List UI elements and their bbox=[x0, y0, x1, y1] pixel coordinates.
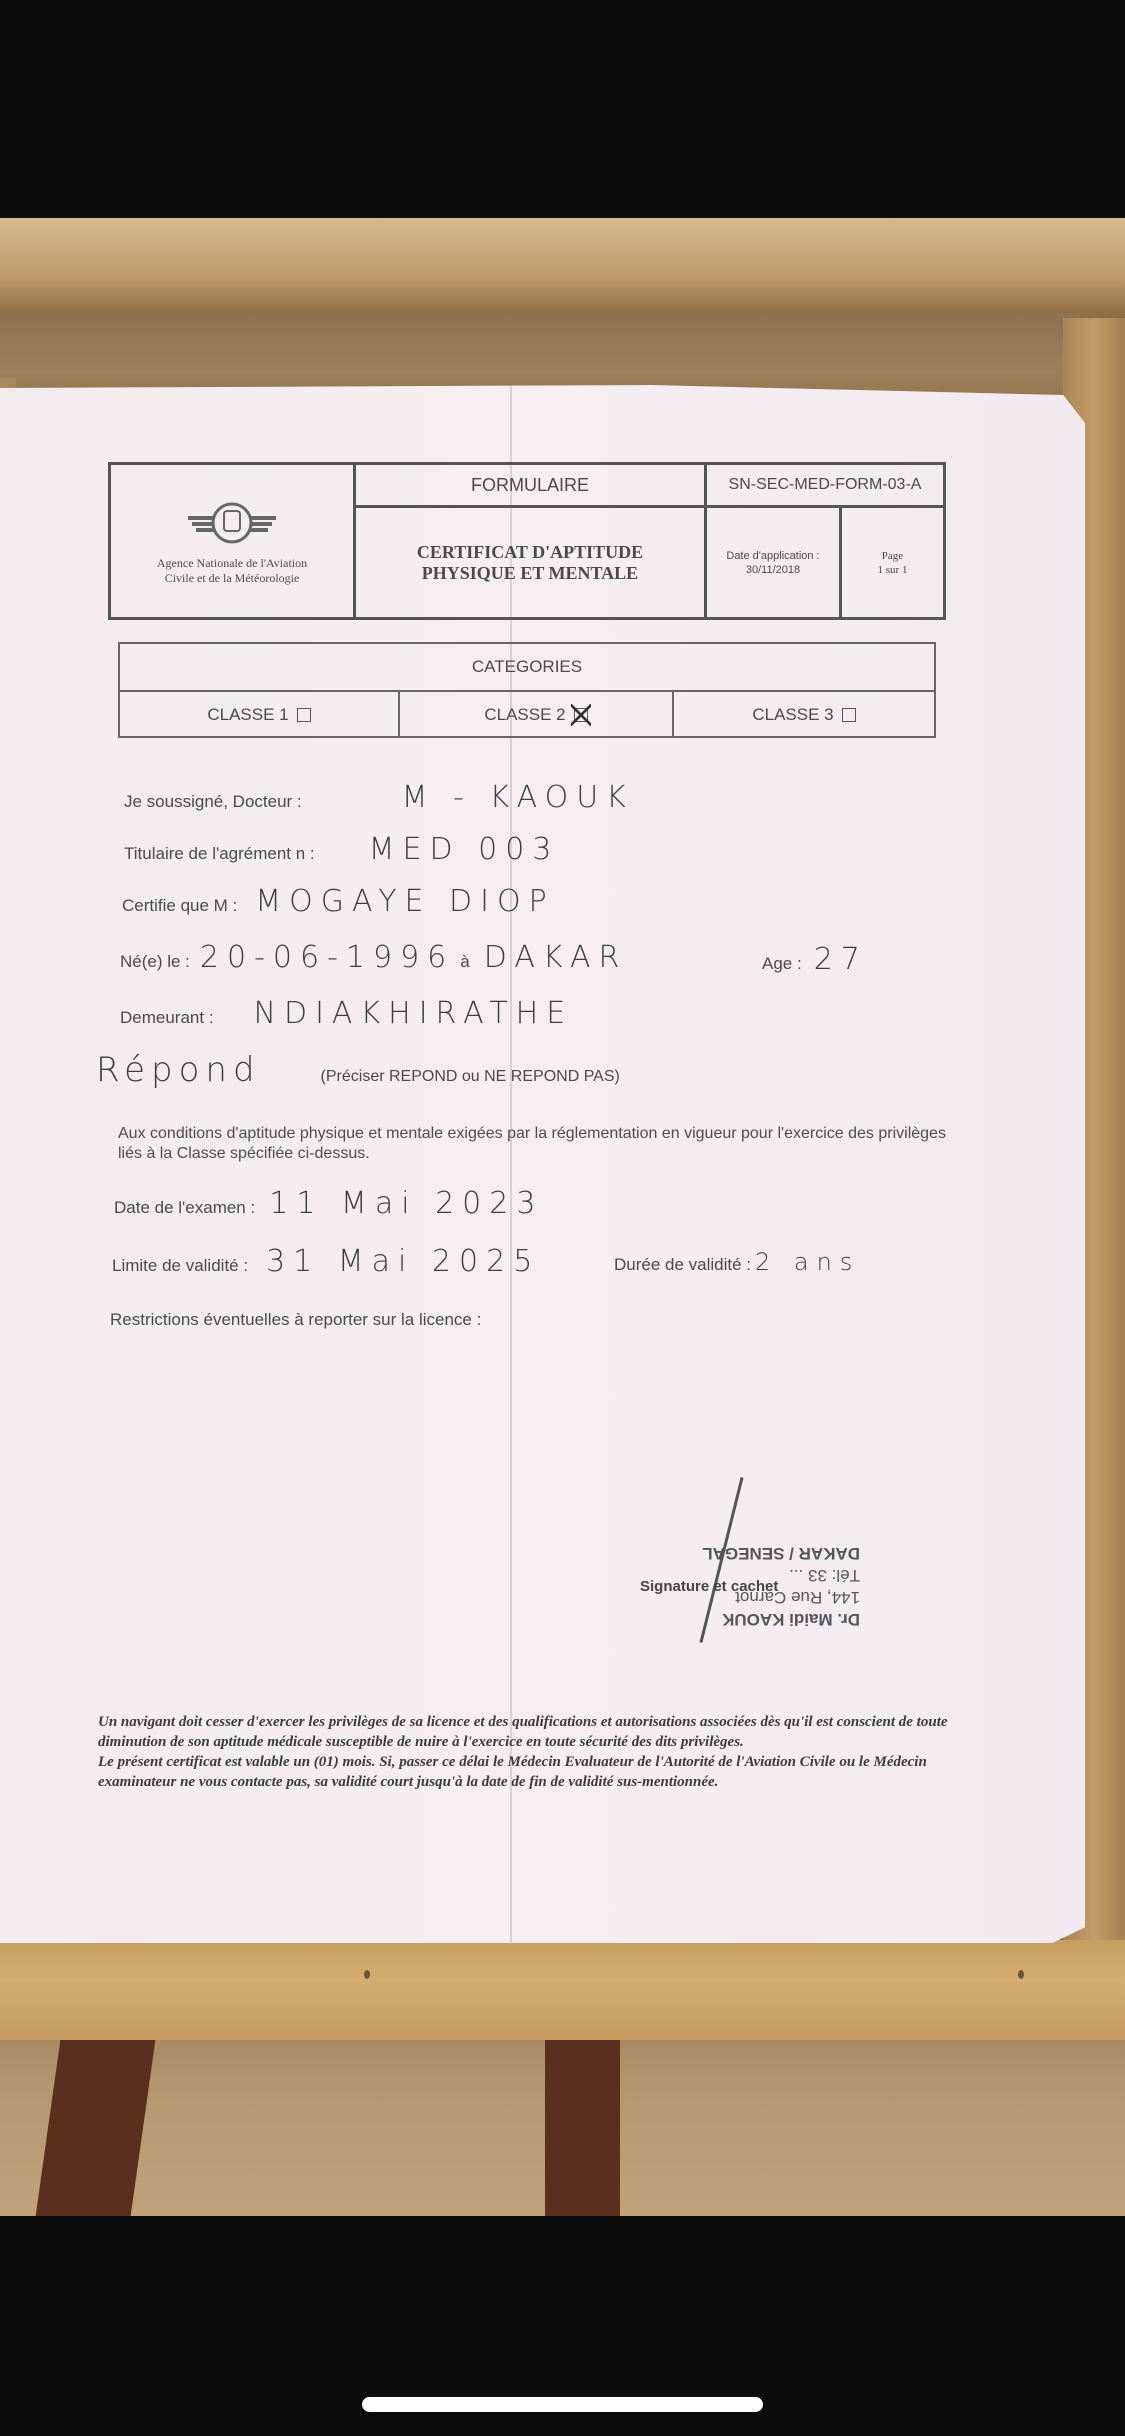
checkbox-checked-icon bbox=[574, 708, 588, 722]
validity-limit-field: Limite de validité : 31 Mai 2025 bbox=[112, 1244, 540, 1279]
footer-notice: Un navigant doit cesser d'exercer les pr… bbox=[98, 1712, 958, 1792]
exam-date-field: Date de l'examen : 11 Mai 2023 bbox=[114, 1186, 543, 1221]
repond-field: Répond (Préciser REPOND ou NE REPOND PAS… bbox=[96, 1050, 620, 1090]
class-2-option: CLASSE 2 bbox=[400, 692, 674, 738]
checkbox-empty-icon bbox=[842, 708, 856, 722]
doctor-field: Je soussigné, Docteur : M - KAOUK bbox=[124, 780, 634, 815]
doctor-value: M - KAOUK bbox=[402, 780, 634, 815]
wooden-board-bottom bbox=[0, 1940, 1125, 2040]
agrement-field: Titulaire de l'agrément n : MED 003 bbox=[124, 832, 559, 867]
restrictions-field: Restrictions éventuelles à reporter sur … bbox=[110, 1310, 481, 1330]
birth-field: Né(e) le : 20-06-1996 à DAKAR bbox=[120, 940, 627, 975]
form-header-table: Agence Nationale de l'Aviation Civile et… bbox=[108, 462, 946, 620]
birth-date-value: 20-06-1996 bbox=[200, 940, 454, 975]
checkbox-empty-icon bbox=[297, 708, 311, 722]
date-application: Date d'application : 30/11/2018 bbox=[707, 508, 842, 617]
doctor-stamp: Dr. Maidi KAOUK 144, Rue Carnot Tél: 33 … bbox=[600, 1470, 860, 1630]
page-number: Page 1 sur 1 bbox=[842, 508, 943, 617]
conditions-text: Aux conditions d'aptitude physique et me… bbox=[118, 1124, 948, 1164]
form-title-cell: FORMULAIRE CERTIFICAT D'APTITUDE PHYSIQU… bbox=[356, 465, 707, 617]
wall-background bbox=[0, 218, 1125, 318]
repond-value: Répond bbox=[96, 1050, 261, 1090]
categories-table: CATEGORIES CLASSE 1 CLASSE 2 CLASSE 3 bbox=[118, 642, 936, 738]
signature-label: Signature et cachet bbox=[640, 1578, 778, 1595]
form-meta-cell: SN-SEC-MED-FORM-03-A Date d'application … bbox=[707, 465, 943, 617]
home-indicator[interactable] bbox=[362, 2397, 763, 2412]
class-3-option: CLASSE 3 bbox=[674, 692, 934, 738]
footer-paragraph-2: Le présent certificat est valable un (01… bbox=[98, 1752, 958, 1792]
validity-limit-value: 31 Mai 2025 bbox=[266, 1244, 540, 1279]
certifie-field: Certifie que M : MOGAYE DIOP bbox=[122, 884, 555, 919]
aviation-wings-emblem-icon bbox=[184, 496, 280, 550]
class-1-option: CLASSE 1 bbox=[120, 692, 400, 738]
form-type-label: FORMULAIRE bbox=[356, 465, 704, 508]
footer-paragraph-1: Un navigant doit cesser d'exercer les pr… bbox=[98, 1712, 958, 1752]
validity-duration-value: 2 ans bbox=[755, 1248, 860, 1276]
age-value: 27 bbox=[814, 942, 868, 977]
certifie-value: MOGAYE DIOP bbox=[255, 884, 554, 919]
exam-date-value: 11 Mai 2023 bbox=[269, 1186, 543, 1221]
demeurant-field: Demeurant : NDIAKHIRATHE bbox=[120, 996, 573, 1031]
nail-icon bbox=[364, 1970, 370, 1979]
organization-cell: Agence Nationale de l'Aviation Civile et… bbox=[111, 465, 356, 617]
birth-place-value: DAKAR bbox=[484, 940, 628, 975]
age-field: Age : 27 bbox=[762, 942, 868, 977]
organization-name: Agence Nationale de l'Aviation Civile et… bbox=[157, 556, 307, 586]
agrement-value: MED 003 bbox=[369, 832, 560, 867]
easel-leg bbox=[545, 2040, 620, 2216]
categories-title: CATEGORIES bbox=[120, 644, 934, 692]
form-code: SN-SEC-MED-FORM-03-A bbox=[707, 465, 943, 508]
nail-icon bbox=[1018, 1970, 1024, 1979]
demeurant-value: NDIAKHIRATHE bbox=[254, 996, 574, 1031]
form-title: CERTIFICAT D'APTITUDE PHYSIQUE ET MENTAL… bbox=[356, 508, 704, 617]
validity-duration-field: Durée de validité : 2 ans bbox=[614, 1248, 860, 1276]
